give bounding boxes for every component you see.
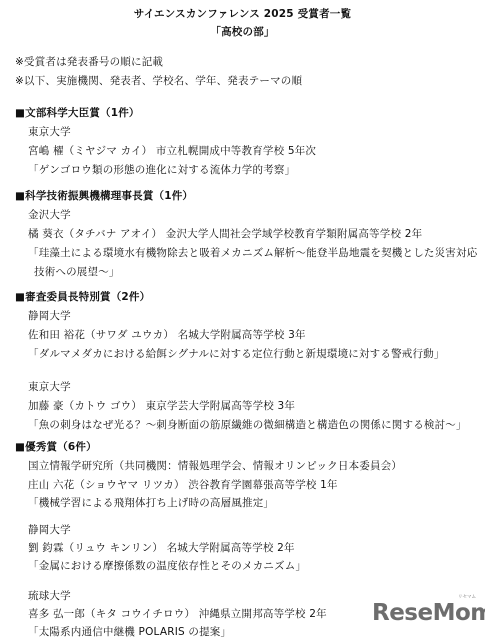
section-heading-jst-president-award: ■科学技術振興機構理事長賞（1件） <box>15 190 193 203</box>
entry-presenter: 劉 鈞霖（リュウ キンリン） 名城大学附属高等学校 2年 <box>28 542 295 555</box>
section-heading-excellence-award: ■優秀賞（6件） <box>15 441 97 454</box>
entry-theme: 「魚の刺身はなぜ光る？～刺身断面の筋原繊維の微細構造と構造色の関係に関する検討～… <box>28 419 467 432</box>
entry-theme: 「ダルマメダカにおける給餌シグナルに対する定位行動と新規環境に対する警戒行動」 <box>28 348 445 361</box>
entry-theme: 「ゲンゴロウ類の形態の進化に対する流体力学的考察」 <box>28 164 295 177</box>
entry-presenter: 橘 葵衣（タチバナ アオイ） 金沢大学人間社会学域学校教育学類附属高等学校 2年 <box>28 228 422 241</box>
entry-institution: 琉球大学 <box>28 590 71 603</box>
entry-presenter: 加藤 豪（カトウ ゴウ） 東京学芸大学附属高等学校 3年 <box>28 400 295 413</box>
section-heading-minister-award: ■文部科学大臣賞（1件） <box>15 107 140 120</box>
document-page: サイエンスカンファレンス 2025 受賞者一覧 「高校の部」 ※受賞者は発表番号… <box>0 0 485 640</box>
entry-presenter: 喜多 弘一郎（キタ コウイチロウ） 沖縄県立開邦高等学校 2年 <box>28 608 327 621</box>
entry-presenter: 宮嶋 櫂（ミヤジマ カイ） 市立札幌開成中等教育学校 5年次 <box>28 145 316 158</box>
entry-institution: 東京大学 <box>28 126 71 139</box>
section-heading-jury-special-award: ■審査委員長特別賞（2件） <box>15 291 150 304</box>
entry-presenter: 庄山 六花（ショウヤマ リツカ） 渋谷教育学園幕張高等学校 1年 <box>28 479 338 492</box>
logo-text: ReseMom <box>372 600 485 626</box>
entry-theme: 「珪藻土による環境水有機物除去と吸着メカニズム解析～能登半島地震を契機とした災害… <box>28 247 477 260</box>
document-subtitle: 「高校の部」 <box>0 26 485 39</box>
entry-institution: 静岡大学 <box>28 524 71 537</box>
entry-theme-continued: 技術への展望～」 <box>34 266 120 279</box>
resemom-logo: リセマム ReseMom <box>372 598 480 628</box>
entry-institution: 国立情報学研究所（共同機関：情報処理学会、情報オリンピック日本委員会） <box>28 460 402 473</box>
entry-institution: 金沢大学 <box>28 209 71 222</box>
note-format: ※以下、実施機関、発表者、学校名、学年、発表テーマの順 <box>15 75 302 88</box>
note-order: ※受賞者は発表番号の順に記載 <box>15 56 163 69</box>
entry-theme: 「太陽系内通信中継機 POLARIS の提案」 <box>28 626 231 639</box>
document-title: サイエンスカンファレンス 2025 受賞者一覧 <box>0 8 485 21</box>
entry-institution: 東京大学 <box>28 381 71 394</box>
entry-theme: 「機械学習による飛翔体打ち上げ時の高層風推定」 <box>28 497 274 510</box>
entry-institution: 静岡大学 <box>28 310 71 323</box>
entry-presenter: 佐和田 裕花（サワダ ユウカ） 名城大学附属高等学校 3年 <box>28 329 306 342</box>
entry-theme: 「金属における摩擦係数の温度依存性とそのメカニズム」 <box>28 560 306 573</box>
